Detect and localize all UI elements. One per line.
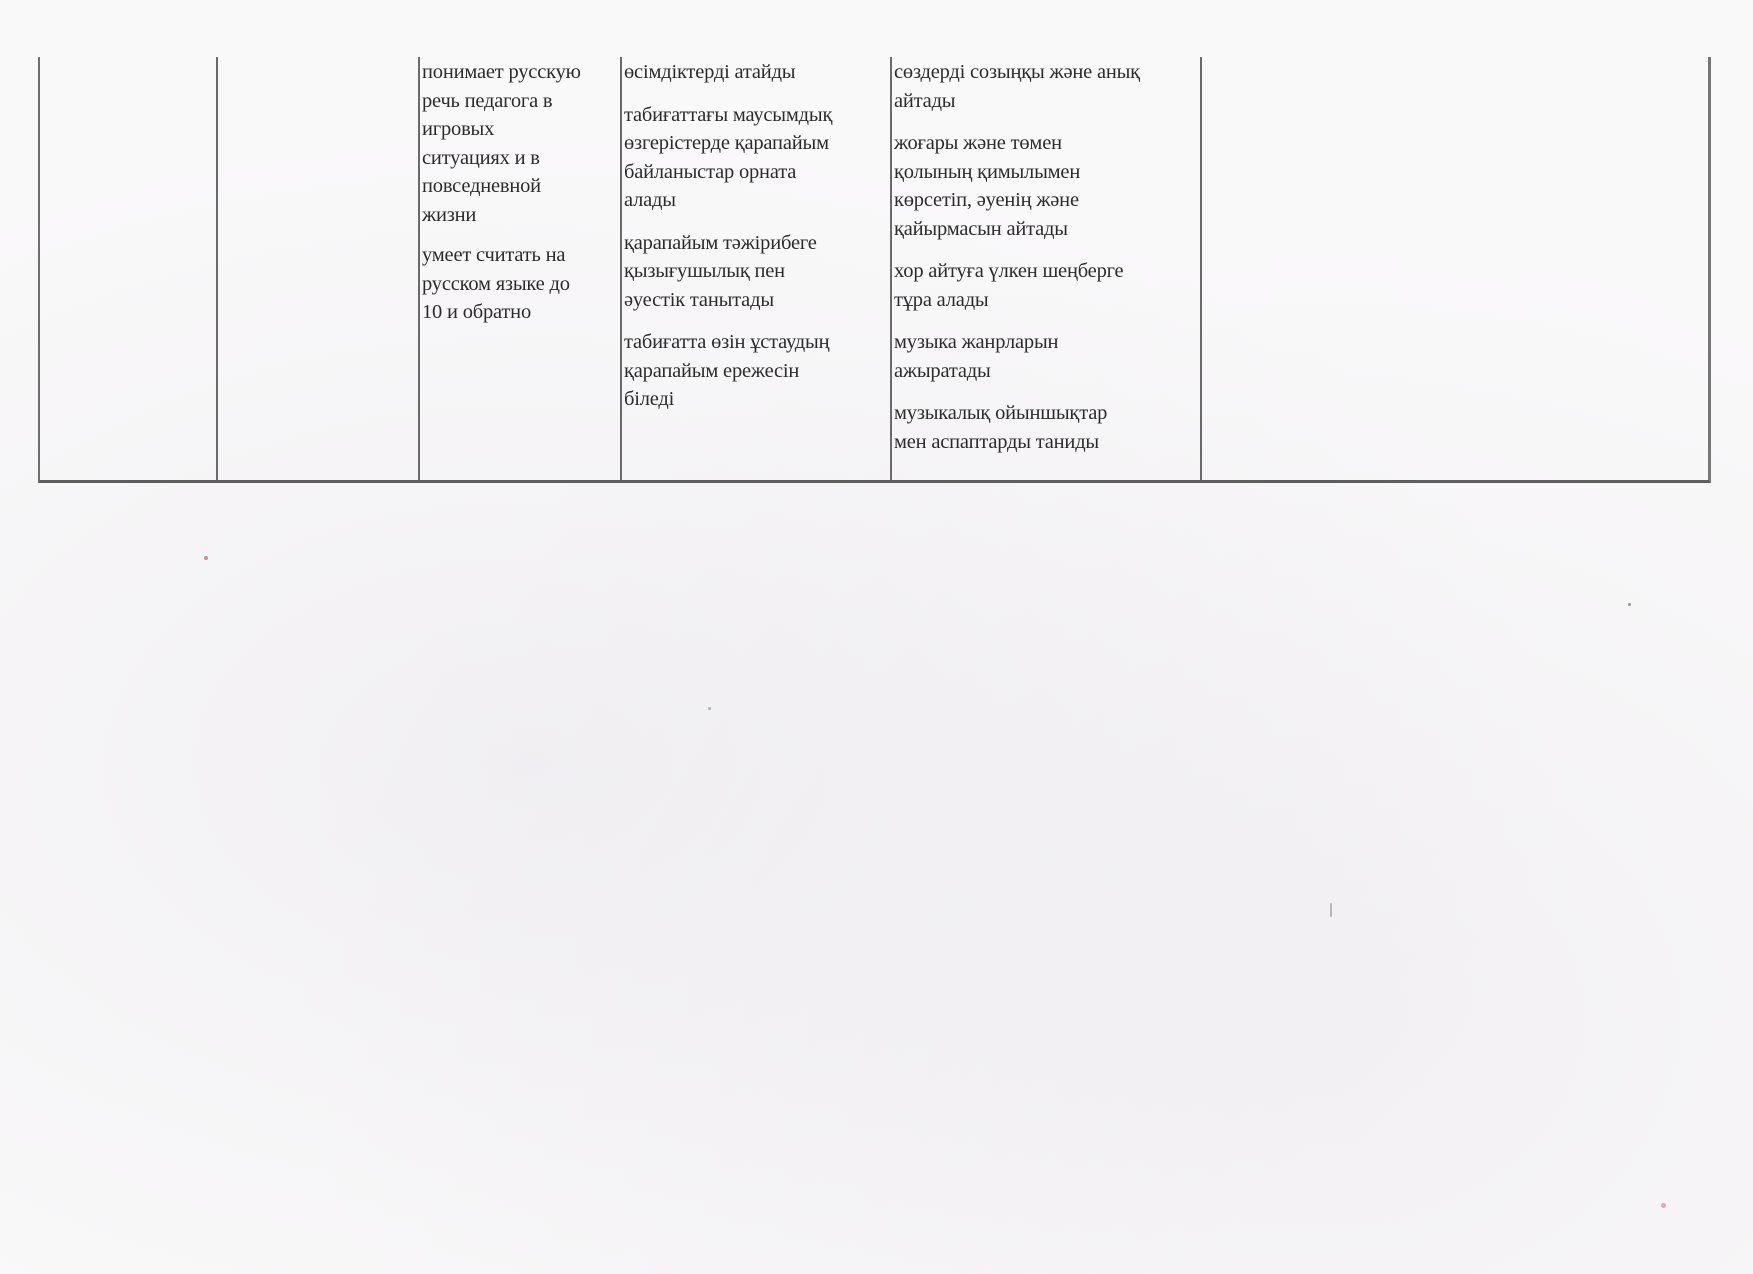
skill-item: музыка жанрларын ажыратады [894, 328, 1200, 385]
table-cell-nature: өсімдіктерді атайды табиғаттағы маусымды… [620, 57, 890, 480]
skill-item: табиғаттағы маусымдық өзгерістерде қарап… [624, 101, 890, 215]
table-cell-russian-language: понимает русскую речь педагога в игровых… [418, 57, 620, 480]
table-cell-music: сөздерді созыңқы және анық айтады жоғары… [890, 57, 1200, 480]
skill-item: музыкалық ойыншықтар мен аспаптарды тани… [894, 399, 1200, 456]
skill-item: табиғатта өзін ұстаудың қарапайым ережес… [624, 328, 890, 414]
scan-speck [1661, 1203, 1666, 1208]
table-cell-col6 [1200, 57, 1711, 480]
skill-item: понимает русскую речь педагога в игровых… [422, 58, 620, 229]
cell-text [1202, 57, 1711, 58]
scan-speck [1628, 603, 1631, 606]
table-cell-col1 [40, 57, 216, 480]
scanned-page: понимает русскую речь педагога в игровых… [0, 0, 1753, 1274]
skill-item: умеет считать на русском языке до 10 и о… [422, 241, 620, 327]
scan-speck [708, 707, 711, 710]
skill-item: өсімдіктерді атайды [624, 58, 890, 87]
scan-speck [1330, 903, 1332, 917]
cell-text [40, 57, 216, 58]
scan-speck [204, 556, 208, 560]
competency-table: понимает русскую речь педагога в игровых… [38, 57, 1711, 483]
cell-text [218, 57, 418, 58]
skill-item: сөздерді созыңқы және анық айтады [894, 58, 1200, 115]
skill-item: хор айтуға үлкен шеңберге тұра алады [894, 257, 1200, 314]
table-cell-col2 [216, 57, 418, 480]
skill-item: жоғары және төмен қолының қимылымен көрс… [894, 129, 1200, 243]
skill-item: қарапайым тәжірибеге қызығушылық пен әуе… [624, 229, 890, 315]
